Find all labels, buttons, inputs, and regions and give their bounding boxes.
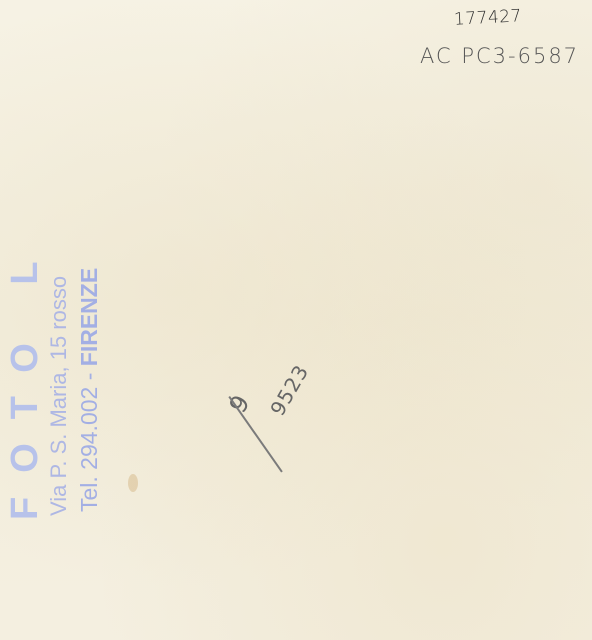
foxing-spot — [128, 474, 138, 492]
photo-back: 177427 AC PC3-6587 FOTO L Via P. S. Mari… — [0, 0, 592, 640]
stamp-address: Via P. S. Maria, 15 rosso — [46, 276, 72, 516]
stamp-city: FIRENZE — [76, 268, 102, 366]
stamp-phone: Tel. 294.002 - — [76, 366, 102, 512]
archive-code: AC PC3-6587 — [420, 44, 579, 68]
fraction-denominator: 9523 — [265, 360, 313, 420]
stamp-phone-line: Tel. 294.002 - FIRENZE — [76, 268, 103, 512]
stamp-studio-name: FOTO L — [4, 237, 47, 520]
handwritten-fraction: 9 9523 — [222, 358, 332, 438]
catalog-number: 177427 — [454, 6, 523, 30]
